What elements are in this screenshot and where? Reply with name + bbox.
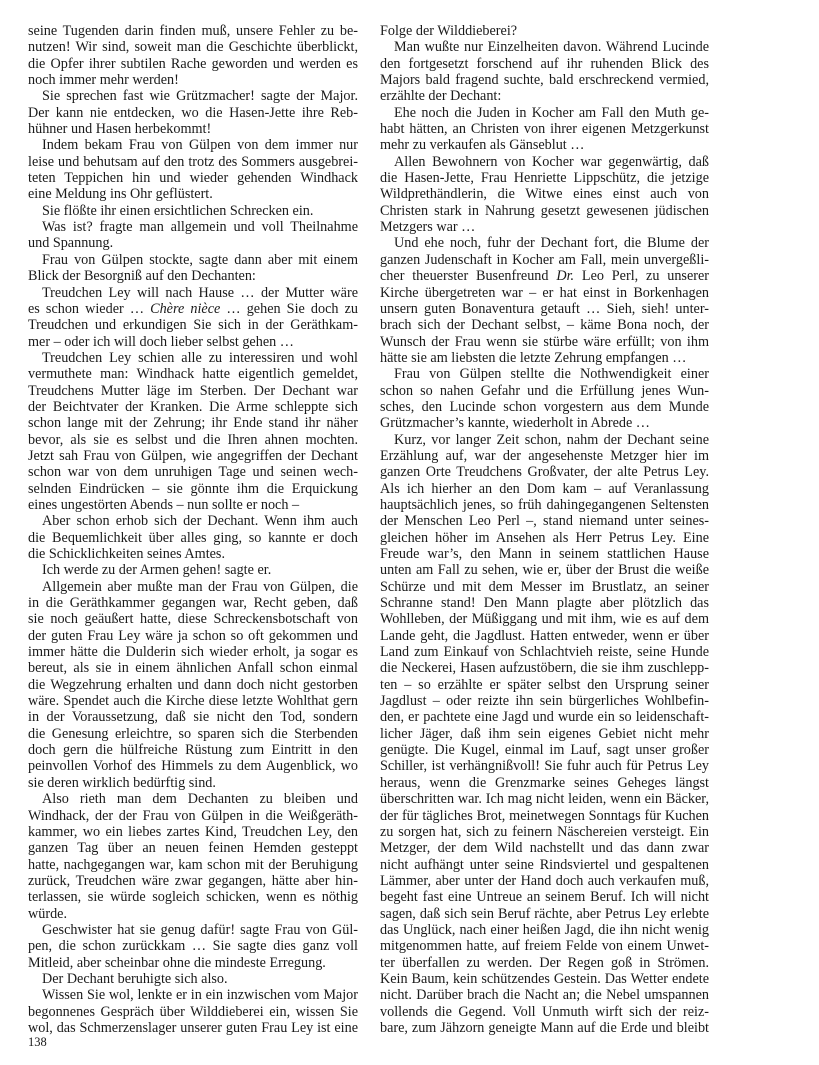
text-line: Mitleid, aber scheinbar ohne die mindest… (28, 955, 358, 971)
text-line: Kirche übergetreten war – er hat einst i… (380, 285, 709, 301)
text-line: kammer, wo ein liebes zartes Kind, Treud… (28, 824, 358, 840)
text-line: schon so nahen Gefahr und die Erfüllung … (380, 383, 709, 399)
text-line: und Spannung. (28, 235, 358, 251)
text-line: seine Tugenden darin finden muß, unsere … (28, 23, 358, 39)
text-line: nutzen! Wir sind, soweit man die Geschic… (28, 39, 358, 55)
text-line: Frau von Gülpen stellte die Nothwendigke… (380, 366, 709, 382)
text-line: Aber schon erhob sich der Dechant. Wenn … (28, 513, 358, 529)
text-line: leise und behutsam auf den trotz des Som… (28, 154, 358, 170)
text-line: eine Meldung ins Ohr geflüstert. (28, 186, 358, 202)
text-line: das Unglück, nach einer heißen Jagd, die… (380, 922, 709, 938)
text-line: unten am Fall zu sehen, wie er, über der… (380, 562, 709, 578)
text-line: zu sorgen hat, sich zu feinern Näscherei… (380, 824, 709, 840)
text-line: Geschwister hat sie genug dafür! sagte F… (28, 922, 358, 938)
text-line: Wissen Sie wol, lenkte er in ein inzwisc… (28, 987, 358, 1003)
text-line: bare, zum Jähzorn geneigte Mann auf die … (380, 1020, 709, 1036)
text-line: hätte sie am liebsten die letzte Zehrung… (380, 350, 709, 366)
text-line: die Opfer ihrer subtilen Rache geworden … (28, 56, 358, 72)
text-line: Als ich hierher an den Dom kam – auf Ver… (380, 481, 709, 497)
text-line: schon lange mit der Zehrung; ihr Ende st… (28, 415, 358, 431)
text-line: Also rieth man dem Dechanten zu bleiben … (28, 791, 358, 807)
text-line: Schiller, ist verhängnißvoll! Sie fuhr a… (380, 758, 709, 774)
text-line: Und ehe noch, fuhr der Dechant fort, die… (380, 235, 709, 251)
text-line: immer hätte die Dulderin sich wieder erh… (28, 644, 358, 660)
text-line: den, er pachtete eine Jagd und wurde ein… (380, 709, 709, 725)
text-line: Indem bekam Frau von Gülpen von dem imme… (28, 137, 358, 153)
text-line: peinvollen Vorhof des Himmels zu dem Aug… (28, 758, 358, 774)
text-line: sches, den Lucinde schon vorgestern aus … (380, 399, 709, 415)
text-line: Kein Baum, kein schützendes Gestein. Das… (380, 971, 709, 987)
text-line: Treudchen und erkundigen Sie sich in der… (28, 317, 358, 333)
text-line: die Hasen-Jette, Frau Henriette Lippschü… (380, 170, 709, 186)
text-line: bevor, als sie es selbst und die Ihren a… (28, 432, 358, 448)
text-line: terlassen, sie würde sogleich schicken, … (28, 889, 358, 905)
text-line: Treudchen Ley schien alle zu interessire… (28, 350, 358, 366)
text-line: die Genesung erleichtre, so sparen sich … (28, 726, 358, 742)
text-line: Majors bald fragend suchte, bald erschre… (380, 72, 709, 88)
text-line: Ich werde zu der Armen gehen! sagte er. (28, 562, 358, 578)
text-line: Freude war’s, den Mann in seinem stattli… (380, 546, 709, 562)
text-line: Wildprethändlerin, die Witwe eines einst… (380, 186, 709, 202)
text-line: überschritten war. Ich mag nicht leiden,… (380, 791, 709, 807)
text-line: Schranne stand! Den Mann plagte aber plö… (380, 595, 709, 611)
text-line: heraus, wenn die Grenzmarke seines Geheg… (380, 775, 709, 791)
text-line: genügte. Die Kugel, einmal im Lauf, sagt… (380, 742, 709, 758)
italic-text: Dr. (556, 268, 574, 284)
text-line: hauptsächlich jenes, so früh dahingegang… (380, 497, 709, 513)
text-line: Jetzt sah Frau von Gülpen, wie angegriff… (28, 448, 358, 464)
text-line: begonnenes Gespräch über Wilddieberei ei… (28, 1004, 358, 1020)
text-line: der Menschen Leo Perl –, stand niemand u… (380, 513, 709, 529)
text-line: mer – oder ich will doch lieber selbst g… (28, 334, 358, 350)
text-line: der guten Frau Ley wäre ja schon so oft … (28, 628, 358, 644)
text-line: habt hätten, an Christen von ihrer eigen… (380, 121, 709, 137)
text-line: Was ist? fragte man allgemein und voll T… (28, 219, 358, 235)
text-line: Treudchen Ley will nach Hause … der Mutt… (28, 285, 358, 301)
text-line: ter überfallen zu werden. Der Regen goß … (380, 955, 709, 971)
text-line: der Beichtvater der Kranken. Die Arme sc… (28, 399, 358, 415)
text-line: Metzger, der dem Wild nachstellt und das… (380, 840, 709, 856)
text-column-left: seine Tugenden darin finden muß, unsere … (28, 23, 358, 1036)
text-line: Jagdlust – oder reizte ihn sein bürgerli… (380, 693, 709, 709)
text-line: Frau von Gülpen stockte, sagte dann aber… (28, 252, 358, 268)
page-number: 138 (28, 1035, 47, 1050)
text-line: Sie sprechen fast wie Grützmacher! sagte… (28, 88, 358, 104)
text-line: Windhack, der der Frau von Gülpen in die… (28, 808, 358, 824)
text-line: Land zum Einkauf von Schlachtvieh reiste… (380, 644, 709, 660)
text-line: Lande geht, die Jagdlust. Hatten entwede… (380, 628, 709, 644)
text-line: die Wegzehrung erhalten und dann doch ni… (28, 677, 358, 693)
text-line: ganzen Tag über an neuen feinen Hemden g… (28, 840, 358, 856)
text-line: Schürze und mit dem Messer im Brustlatz,… (380, 579, 709, 595)
text-line: Wohlleben, der Müßiggang und mit ihm, wi… (380, 611, 709, 627)
text-line: sie deren wirklich bedürftig sind. (28, 775, 358, 791)
text-line: Kurz, vor langer Zeit schon, nahm der De… (380, 432, 709, 448)
text-line: noch immer mehr werden! (28, 72, 358, 88)
text-line: nicht aufhängt unter seine Rindsviertel … (380, 857, 709, 873)
text-line: brach sich der Dechant selbst, – käme Bo… (380, 317, 709, 333)
text-column-right: Folge der Wilddieberei?Man wußte nur Ein… (380, 23, 709, 1036)
text-line: unsern guten Bonaventura getauft … Sieh,… (380, 301, 709, 317)
text-line: nicht. Darüber brach die Nacht an; die N… (380, 987, 709, 1003)
text-line: Metzgers war … (380, 219, 709, 235)
text-line: die Bequemlichkeit über alles ging, so k… (28, 530, 358, 546)
text-line: die Neckerei, Hasen aufzustöbern, die si… (380, 660, 709, 676)
text-line: schon war von dem unruhigen Tage und sei… (28, 464, 358, 480)
text-line: Grützmacher’s kannte, wiederholt in Abre… (380, 415, 709, 431)
italic-text: Chère nièce (150, 301, 220, 317)
text-line: teten Teppichen hin und wieder gehenden … (28, 170, 358, 186)
text-line: Der Dechant beruhigte sich also. (28, 971, 358, 987)
text-line: mehr zu verkaufen als Gänseblut … (380, 137, 709, 153)
text-line: mitgenommen hatte, auf freiem Felde von … (380, 938, 709, 954)
text-line: doch gern die hülfreiche Rüstung zum Ein… (28, 742, 358, 758)
text-line: erzählte der Dechant: (380, 88, 709, 104)
text-line: eines ungestörten Abends – nun sollte er… (28, 497, 358, 513)
text-line: wäre. Spendet auch die Kirche diese letz… (28, 693, 358, 709)
text-line: Lämmer, aber unter der Hand doch auch ve… (380, 873, 709, 889)
text-line: vollends die Gegend. Voll Unmuth wirft s… (380, 1004, 709, 1020)
text-line: wol, das Schmerzenslager unserer guten F… (28, 1020, 358, 1036)
text-line: Sie flößte ihr einen ersichtlichen Schre… (28, 203, 358, 219)
text-line: es schon wieder … Chère nièce … gehen Si… (28, 301, 358, 317)
text-line: bereut, als sie in einem ähnlichen Anfal… (28, 660, 358, 676)
text-line: hatte, nachgegangen war, kam schon mit d… (28, 857, 358, 873)
text-line: ganzen Orte Treudchens Großvater, der al… (380, 464, 709, 480)
text-line: zurück, Treudchen wäre zwar gegangen, hä… (28, 873, 358, 889)
text-line: gleichen höher im Ansehen als Herr Petru… (380, 530, 709, 546)
text-line: ten – so erzählte er später selbst den U… (380, 677, 709, 693)
text-line: Folge der Wilddieberei? (380, 23, 709, 39)
book-page: seine Tugenden darin finden muß, unsere … (0, 0, 819, 1065)
text-line: in der Voraussetzung, daß sie nicht den … (28, 709, 358, 725)
text-line: begeht fast eine Untreue an seinem Beruf… (380, 889, 709, 905)
text-line: pen, die schon zurückkam … Sie sagte die… (28, 938, 358, 954)
text-line: Blick der Besorgniß auf den Dechanten: (28, 268, 358, 284)
text-line: licher Jäger, daß ihm sein eigenes Gebie… (380, 726, 709, 742)
text-line: cher theuerster Busenfreund Dr. Leo Perl… (380, 268, 709, 284)
text-line: ganzen Judenschaft in Kocher am Fall, me… (380, 252, 709, 268)
text-line: Wunsch der Frau wenn sie stürbe wäre erf… (380, 334, 709, 350)
text-line: Der kann nie entdecken, wo die Hasen-Jet… (28, 105, 358, 121)
text-line: Christen stark in Nahrung gesetzt gewese… (380, 203, 709, 219)
text-line: Erzählung auf, war der angesehenste Metz… (380, 448, 709, 464)
text-line: Ehe noch die Juden in Kocher am Fall den… (380, 105, 709, 121)
text-line: Treudchens Mutter läge im Sterben. Der D… (28, 383, 358, 399)
text-line: sie noch geäußert hatte, diese Schrecken… (28, 611, 358, 627)
text-line: Allen Bewohnern von Kocher war gegenwärt… (380, 154, 709, 170)
text-line: selnden Eindrücken – sie gönnte ihm die … (28, 481, 358, 497)
text-line: der für tägliches Brot, meinetwegen Sonn… (380, 808, 709, 824)
text-line: vermuthete man: Windhack hatte eigentlic… (28, 366, 358, 382)
text-line: hühner und Hasen herbekommt! (28, 121, 358, 137)
text-line: in die Geräthkammer gegangen war, Recht … (28, 595, 358, 611)
text-line: Man wußte nur Einzelheiten davon. Währen… (380, 39, 709, 55)
text-line: die Schicklichkeiten seines Amtes. (28, 546, 358, 562)
text-line: den fortgesetzt forschend auf ihr ruhend… (380, 56, 709, 72)
text-line: würde. (28, 906, 358, 922)
text-line: Allgemein aber mußte man der Frau von Gü… (28, 579, 358, 595)
text-line: sagen, daß sich sein Beruf rächte, aber … (380, 906, 709, 922)
